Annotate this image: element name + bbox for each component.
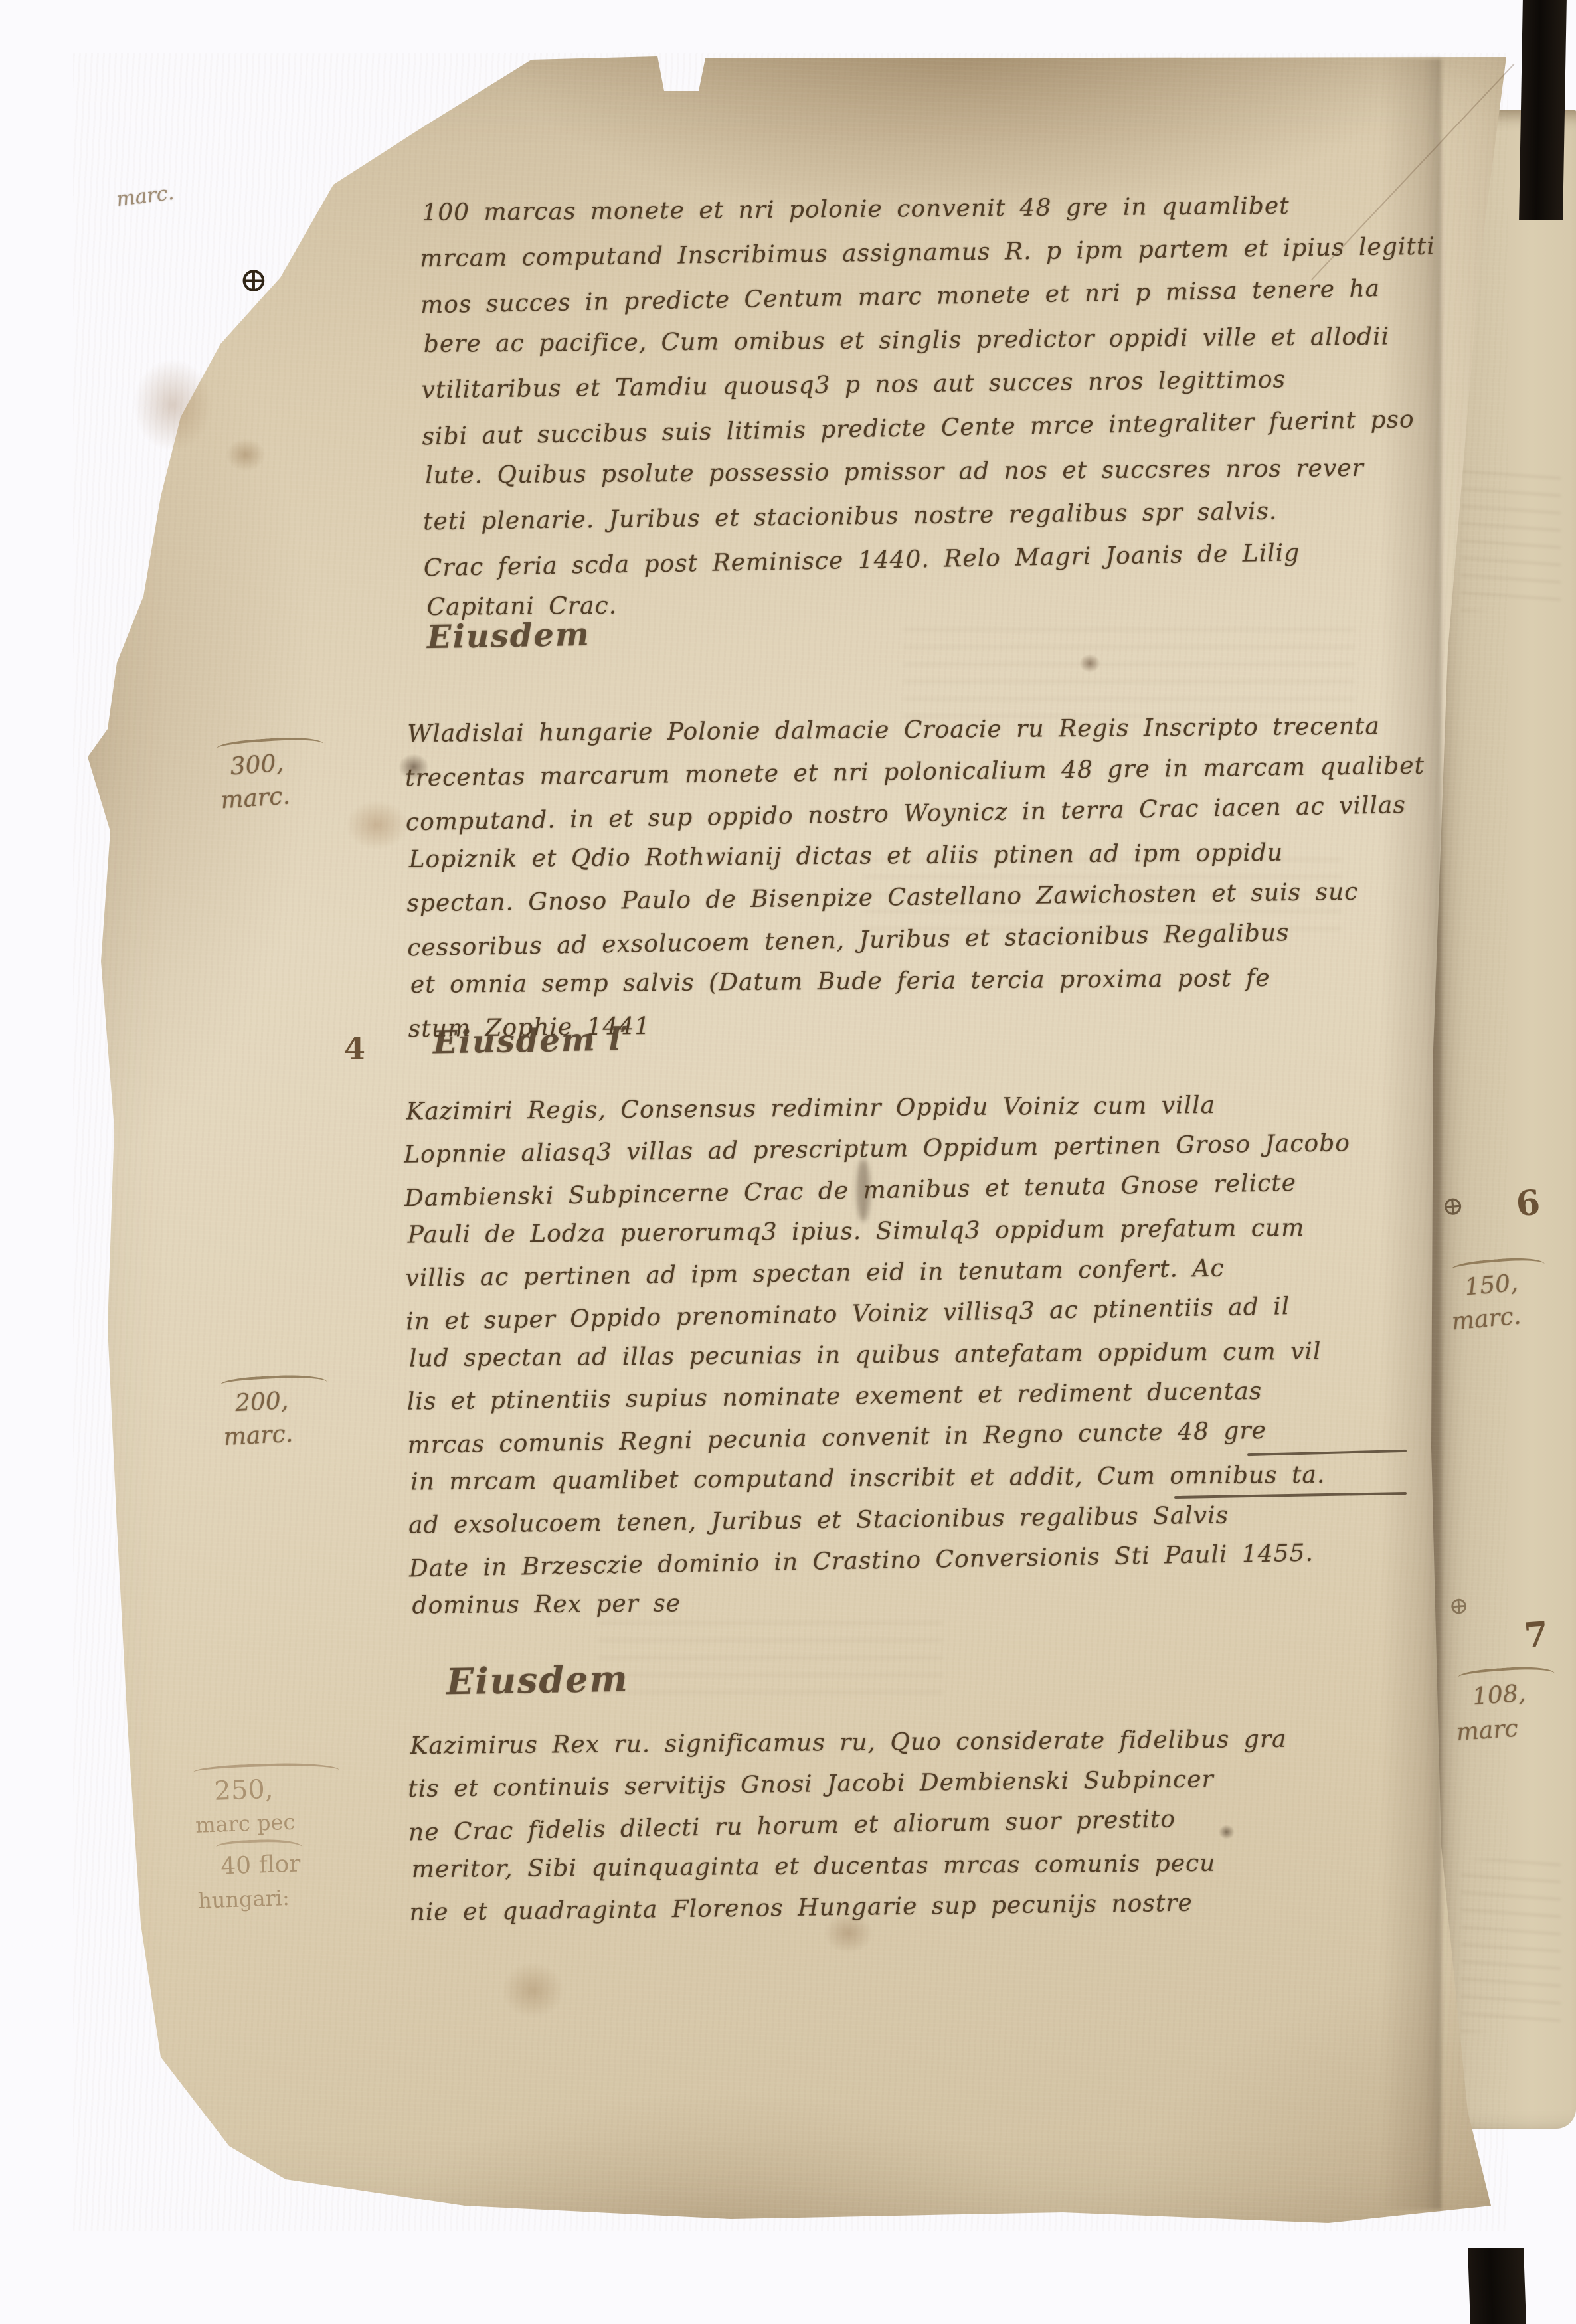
amount-unit: marc. — [1450, 1300, 1522, 1339]
amount-value: 200, — [221, 1382, 329, 1421]
manuscript-text-line: et omnia semp salvis (Datum Bude feria t… — [410, 956, 1430, 1006]
manuscript-text-line: lute. Quibus psolute possessio pmissor a… — [425, 446, 1441, 498]
entry-block-5: Kazimirus Rex ru. significamus ru, Quo c… — [407, 1717, 1286, 1934]
entry-block-3: Wladislai hungarie Polonie dalmacie Croa… — [404, 703, 1428, 1050]
manuscript-text-line: bere ac pacifice, Cum omibus et singlis … — [424, 315, 1439, 367]
nota-symbol: ⊕ — [1448, 1592, 1470, 1620]
entry-heading: Eiusdem — [427, 616, 591, 656]
manuscript-text-line: 100 marcas monete et nri polonie conveni… — [422, 183, 1437, 235]
amount-unit: marc. — [222, 1416, 330, 1454]
entry-number: 7 — [1523, 1614, 1549, 1656]
scan-background: { "scan": { "background_color": "#fbfafd… — [0, 0, 1576, 2324]
amount-value: 250, — [194, 1770, 341, 1809]
nota-symbol: ⊕ — [239, 260, 268, 300]
manuscript-text-line: meritor, Sibi quinquaginta et ducentas m… — [412, 1843, 1289, 1890]
ribbon-bottom — [1468, 2248, 1526, 2324]
ribbon-top — [1519, 0, 1567, 220]
manuscript-text-line: Wladislai hungarie Polonie dalmacie Croa… — [407, 705, 1427, 755]
amount-value: 40 flor — [197, 1846, 344, 1884]
amount-unit: marc — [1455, 1712, 1519, 1750]
amount-value: 108, — [1471, 1677, 1526, 1714]
margin-amount-250: 250, marc pec 40 flor hungari: — [193, 1761, 345, 1918]
entry-number: 4 — [344, 1031, 365, 1066]
manuscript-text-line: lud spectan ad illas pecunias in quibus … — [409, 1331, 1356, 1379]
amount-value: 150, — [1463, 1267, 1519, 1305]
manuscript-text-line: Kazimirus Rex ru. significamus ru, Quo c… — [410, 1719, 1287, 1767]
entry-heading: Eiusdem ľ — [433, 1021, 627, 1061]
torn-margin-note: marc. — [115, 181, 175, 211]
bleedthrough-marks — [1461, 465, 1561, 611]
manuscript-text-line: Kazimiri Regis, Consensus rediminr Oppid… — [406, 1084, 1352, 1132]
nota-symbol: ⊕ — [1441, 1190, 1465, 1222]
amount-unit: hungari: — [197, 1879, 345, 1918]
margin-amount-300: 300, marc. — [217, 735, 328, 818]
manuscript-text-line: Pauli de Lodza puerorumq3 ipius. Simulq3… — [408, 1207, 1354, 1256]
amount-unit: marc pec — [195, 1803, 342, 1842]
margin-amount-200: 200, marc. — [220, 1373, 331, 1454]
manuscript-text-line: Lopiznik et Qdio Rothwianij dictas et al… — [408, 831, 1428, 880]
manuscript-text-line: dominus Rex per se — [412, 1578, 1358, 1626]
entry-heading: Eiusdem — [446, 1657, 629, 1703]
entry-block-4: Kazimiri Regis, Consensus rediminr Oppid… — [403, 1082, 1356, 1628]
bleedthrough-marks — [1461, 1859, 1561, 2032]
entry-number: 6 — [1514, 1182, 1541, 1224]
entry-block-continuation: 100 marcas monete et nri polonie conveni… — [419, 181, 1440, 632]
